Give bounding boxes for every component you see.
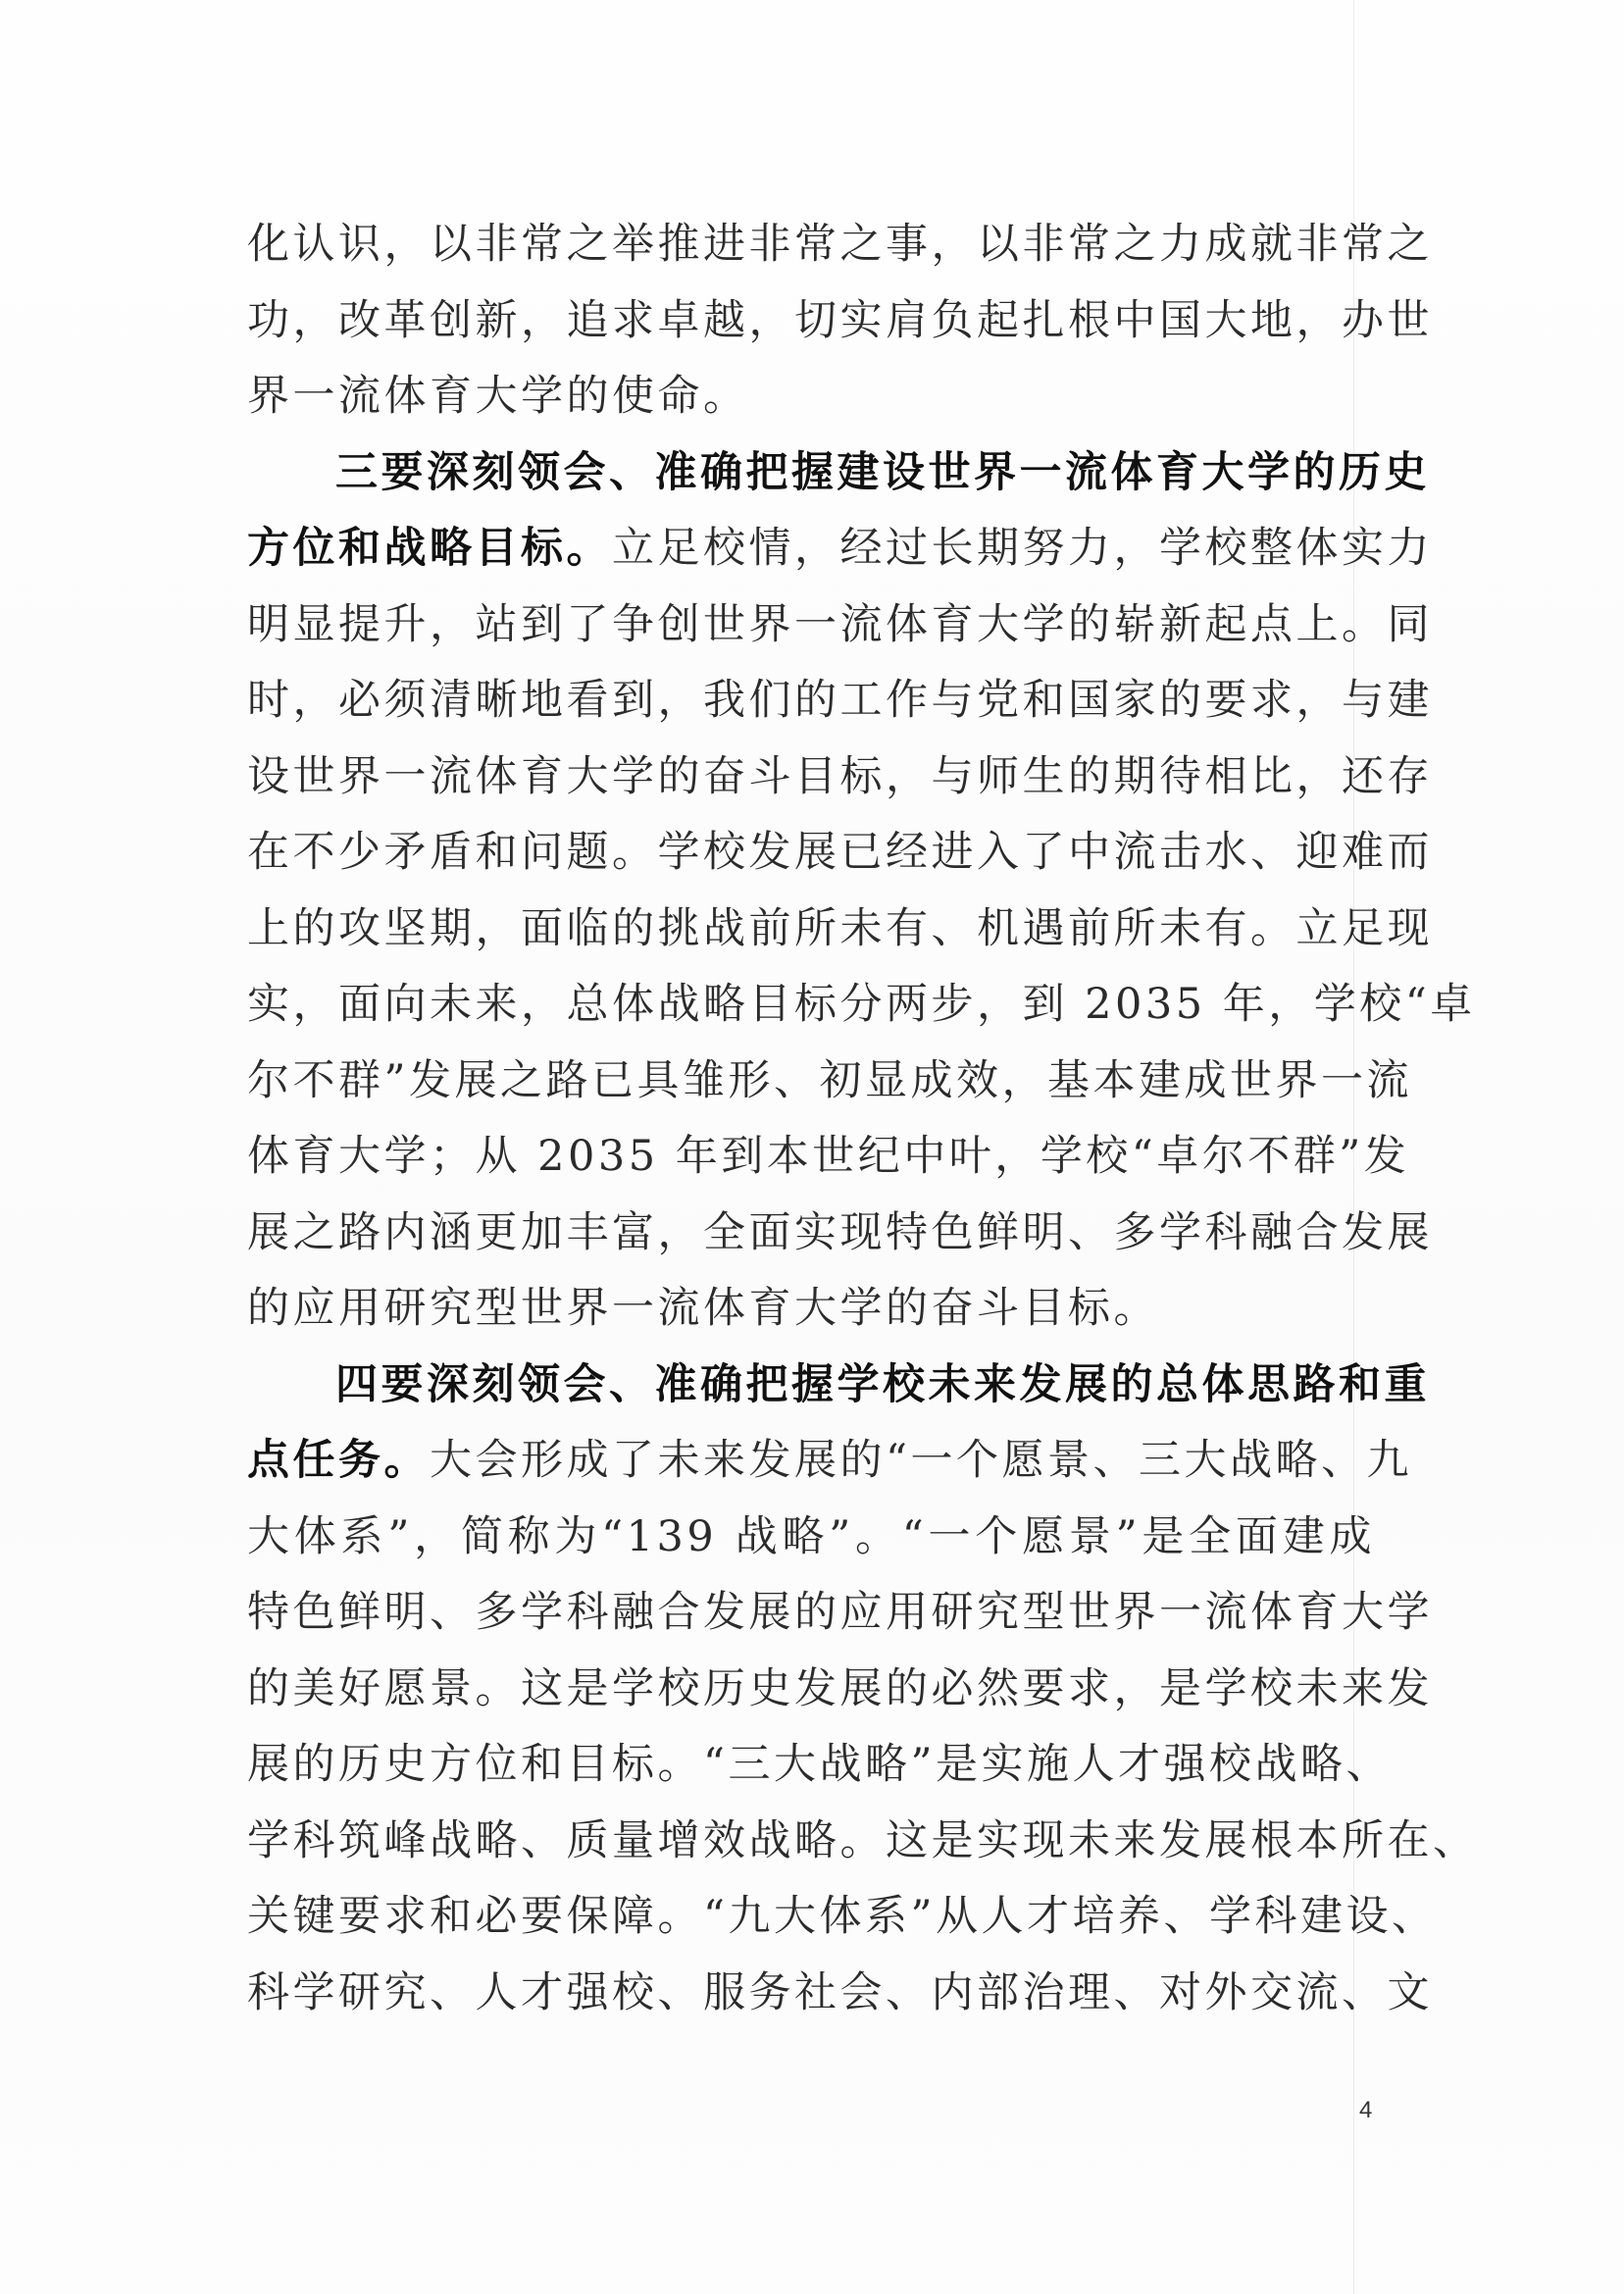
- line-text: 的美好愿景。这是学校历史发展的必然要求，是学校未来发: [247, 1664, 1433, 1713]
- text-line: 关键要求和必要保障。“九大体系”从人才培养、学科建设、: [247, 1886, 1375, 1963]
- text-line: 的应用研究型世界一流体育大学的奋斗目标。: [247, 1278, 1375, 1354]
- line-text: 大体系”，简称为“139 战略”。“一个愿景”是全面建成: [247, 1512, 1375, 1561]
- line-text: 特色鲜明、多学科融合发展的应用研究型世界一流体育大学: [247, 1588, 1433, 1637]
- section-heading-4-end: 点任务。: [247, 1436, 430, 1485]
- section-heading-line: 四要深刻领会、准确把握学校未来发展的总体思路和重: [247, 1354, 1375, 1431]
- section-heading-3-end: 方位和战略目标。: [247, 524, 612, 573]
- line-text: 体育大学；从 2035 年到本世纪中叶，学校“卓尔不群”发: [247, 1132, 1409, 1181]
- text-line: 明显提升，站到了争创世界一流体育大学的崭新起点上。同: [247, 594, 1375, 671]
- line-text: 时，必须清晰地看到，我们的工作与党和国家的要求，与建: [247, 676, 1433, 725]
- text-line: 科学研究、人才强校、服务社会、内部治理、对外交流、文: [247, 1963, 1375, 2039]
- section-heading-3: 三要深刻领会、准确把握建设世界一流体育大学的历史: [335, 448, 1430, 497]
- text-line: 体育大学；从 2035 年到本世纪中叶，学校“卓尔不群”发: [247, 1126, 1375, 1202]
- line-text: 界一流体育大学的使命。: [247, 372, 749, 421]
- text-line: 时，必须清晰地看到，我们的工作与党和国家的要求，与建: [247, 670, 1375, 746]
- text-line: 界一流体育大学的使命。: [247, 366, 1375, 442]
- line-text: 立足校情，经过长期努力，学校整体实力: [612, 524, 1433, 573]
- text-line: 大体系”，简称为“139 战略”。“一个愿景”是全面建成: [247, 1506, 1375, 1583]
- section-heading-4: 四要深刻领会、准确把握学校未来发展的总体思路和重: [335, 1360, 1430, 1409]
- text-line: 特色鲜明、多学科融合发展的应用研究型世界一流体育大学: [247, 1582, 1375, 1658]
- document-page: 化认识，以非常之举推进非常之事，以非常之力成就非常之 功，改革创新，追求卓越，切…: [0, 0, 1624, 2294]
- text-line: 尔不群”发展之路已具雏形、初显成效，基本建成世界一流: [247, 1050, 1375, 1127]
- text-line: 展之路内涵更加丰富，全面实现特色鲜明、多学科融合发展: [247, 1202, 1375, 1279]
- line-text: 实，面向未来，总体战略目标分两步，到 2035 年，学校“卓: [247, 980, 1476, 1029]
- text-line: 学科筑峰战略、质量增效战略。这是实现未来发展根本所在、: [247, 1810, 1375, 1887]
- text-line: 实，面向未来，总体战略目标分两步，到 2035 年，学校“卓: [247, 974, 1375, 1050]
- text-line: 化认识，以非常之举推进非常之事，以非常之力成就非常之: [247, 214, 1375, 290]
- text-line: 功，改革创新，追求卓越，切实肩负起扎根中国大地，办世: [247, 290, 1375, 367]
- text-line: 在不少矛盾和问题。学校发展已经进入了中流击水、迎难而: [247, 822, 1375, 898]
- text-line: 展的历史方位和目标。“三大战略”是实施人才强校战略、: [247, 1734, 1375, 1810]
- line-text: 科学研究、人才强校、服务社会、内部治理、对外交流、文: [247, 1968, 1433, 2017]
- line-text: 展的历史方位和目标。“三大战略”是实施人才强校战略、: [247, 1740, 1392, 1789]
- line-text: 尔不群”发展之路已具雏形、初显成效，基本建成世界一流: [247, 1056, 1412, 1105]
- text-line: 的美好愿景。这是学校历史发展的必然要求，是学校未来发: [247, 1658, 1375, 1735]
- text-line: 点任务。大会形成了未来发展的“一个愿景、三大战略、九: [247, 1430, 1375, 1506]
- page-number: 4: [1359, 2097, 1372, 2124]
- text-line: 方位和战略目标。立足校情，经过长期努力，学校整体实力: [247, 518, 1375, 594]
- text-line: 设世界一流体育大学的奋斗目标，与师生的期待相比，还存: [247, 746, 1375, 823]
- line-text: 功，改革创新，追求卓越，切实肩负起扎根中国大地，办世: [247, 296, 1433, 345]
- line-text: 学科筑峰战略、质量增效战略。这是实现未来发展根本所在、: [247, 1816, 1479, 1865]
- line-text: 大会形成了未来发展的“一个愿景、三大战略、九: [430, 1436, 1412, 1485]
- line-text: 展之路内涵更加丰富，全面实现特色鲜明、多学科融合发展: [247, 1208, 1433, 1257]
- line-text: 化认识，以非常之举推进非常之事，以非常之力成就非常之: [247, 220, 1433, 269]
- body-text: 化认识，以非常之举推进非常之事，以非常之力成就非常之 功，改革创新，追求卓越，切…: [247, 214, 1375, 2038]
- line-text: 关键要求和必要保障。“九大体系”从人才培养、学科建设、: [247, 1892, 1437, 1941]
- line-text: 设世界一流体育大学的奋斗目标，与师生的期待相比，还存: [247, 752, 1433, 801]
- line-text: 明显提升，站到了争创世界一流体育大学的崭新起点上。同: [247, 600, 1433, 649]
- line-text: 的应用研究型世界一流体育大学的奋斗目标。: [247, 1284, 1159, 1333]
- line-text: 在不少矛盾和问题。学校发展已经进入了中流击水、迎难而: [247, 828, 1433, 877]
- text-line: 上的攻坚期，面临的挑战前所未有、机遇前所未有。立足现: [247, 898, 1375, 975]
- section-heading-line: 三要深刻领会、准确把握建设世界一流体育大学的历史: [247, 442, 1375, 519]
- line-text: 上的攻坚期，面临的挑战前所未有、机遇前所未有。立足现: [247, 904, 1433, 953]
